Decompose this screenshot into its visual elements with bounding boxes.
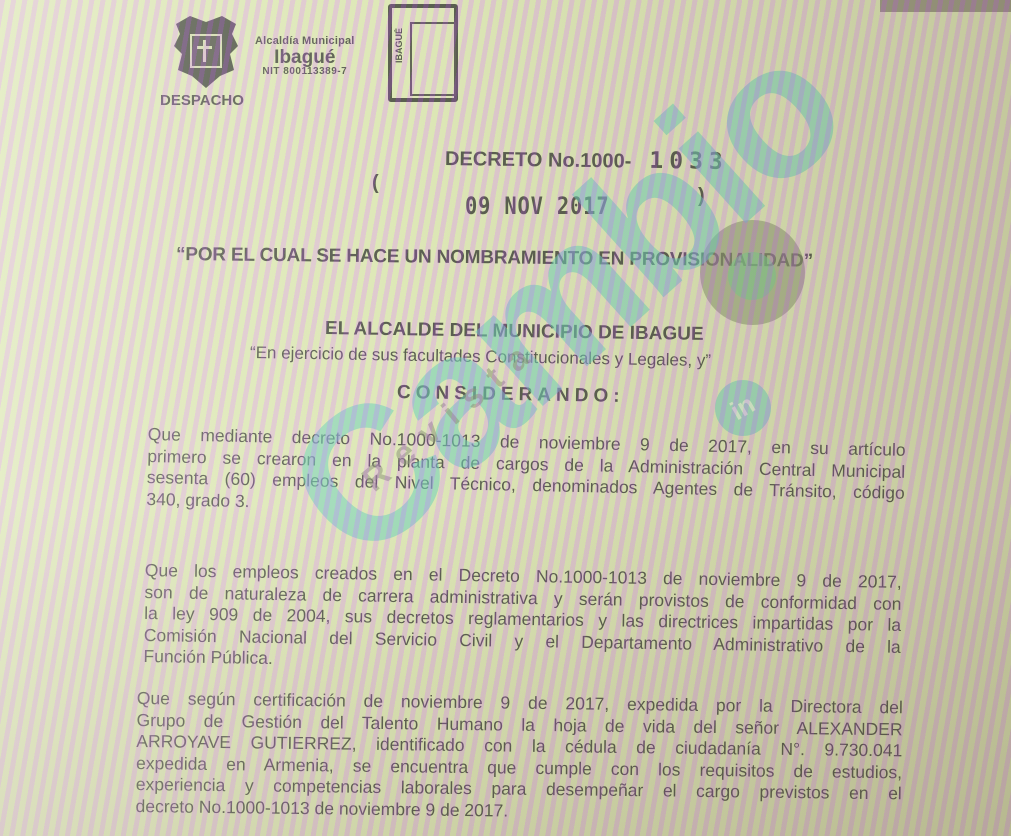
org-nit: NIT 800113389-7 [255,67,355,78]
org-name: Ibagué [255,48,355,68]
decree-label: DECRETO No.1000- [445,148,632,173]
decree-number: DECRETO No.1000-1033 [445,145,729,175]
decree-title: “POR EL CUAL SE HACE UN NOMBRAMIENTO EN … [176,244,813,273]
open-paren: ( [372,172,379,195]
stamp-box [410,22,456,96]
decree-stamped-number: 1033 [649,148,729,175]
watermark-eye-logo-icon [700,220,805,325]
org-line1: Alcaldía Municipal [255,36,355,48]
municipality-header: Alcaldía Municipal Ibagué NIT 800113389-… [255,36,355,78]
decree-date: 09 NOV 2017 [465,192,609,220]
close-paren: ) [698,185,705,208]
paragraph-1: Que mediante decreto No.1000-1013 de nov… [146,424,906,526]
document-photo: Alcaldía Municipal Ibagué NIT 800113389-… [0,0,1011,836]
considerando-heading: CONSIDERANDO: [397,382,625,408]
issuer-heading: EL ALCALDE DEL MUNICIPIO DE IBAGUE [325,318,704,346]
paragraph-3: Que según certificación de noviembre 9 d… [135,688,903,827]
watermark-badge: in [705,370,781,446]
paragraph-2: Que los empleos creados en el Decreto No… [143,560,902,680]
stamp-text: IBAGUÉ [394,28,404,63]
screen-edge [880,0,1011,12]
office-label: DESPACHO [160,92,244,109]
official-stamp: IBAGUÉ [388,4,458,102]
powers-clause: “En ejercicio de sus facultades Constitu… [250,343,711,371]
coat-of-arms-icon [170,14,242,90]
